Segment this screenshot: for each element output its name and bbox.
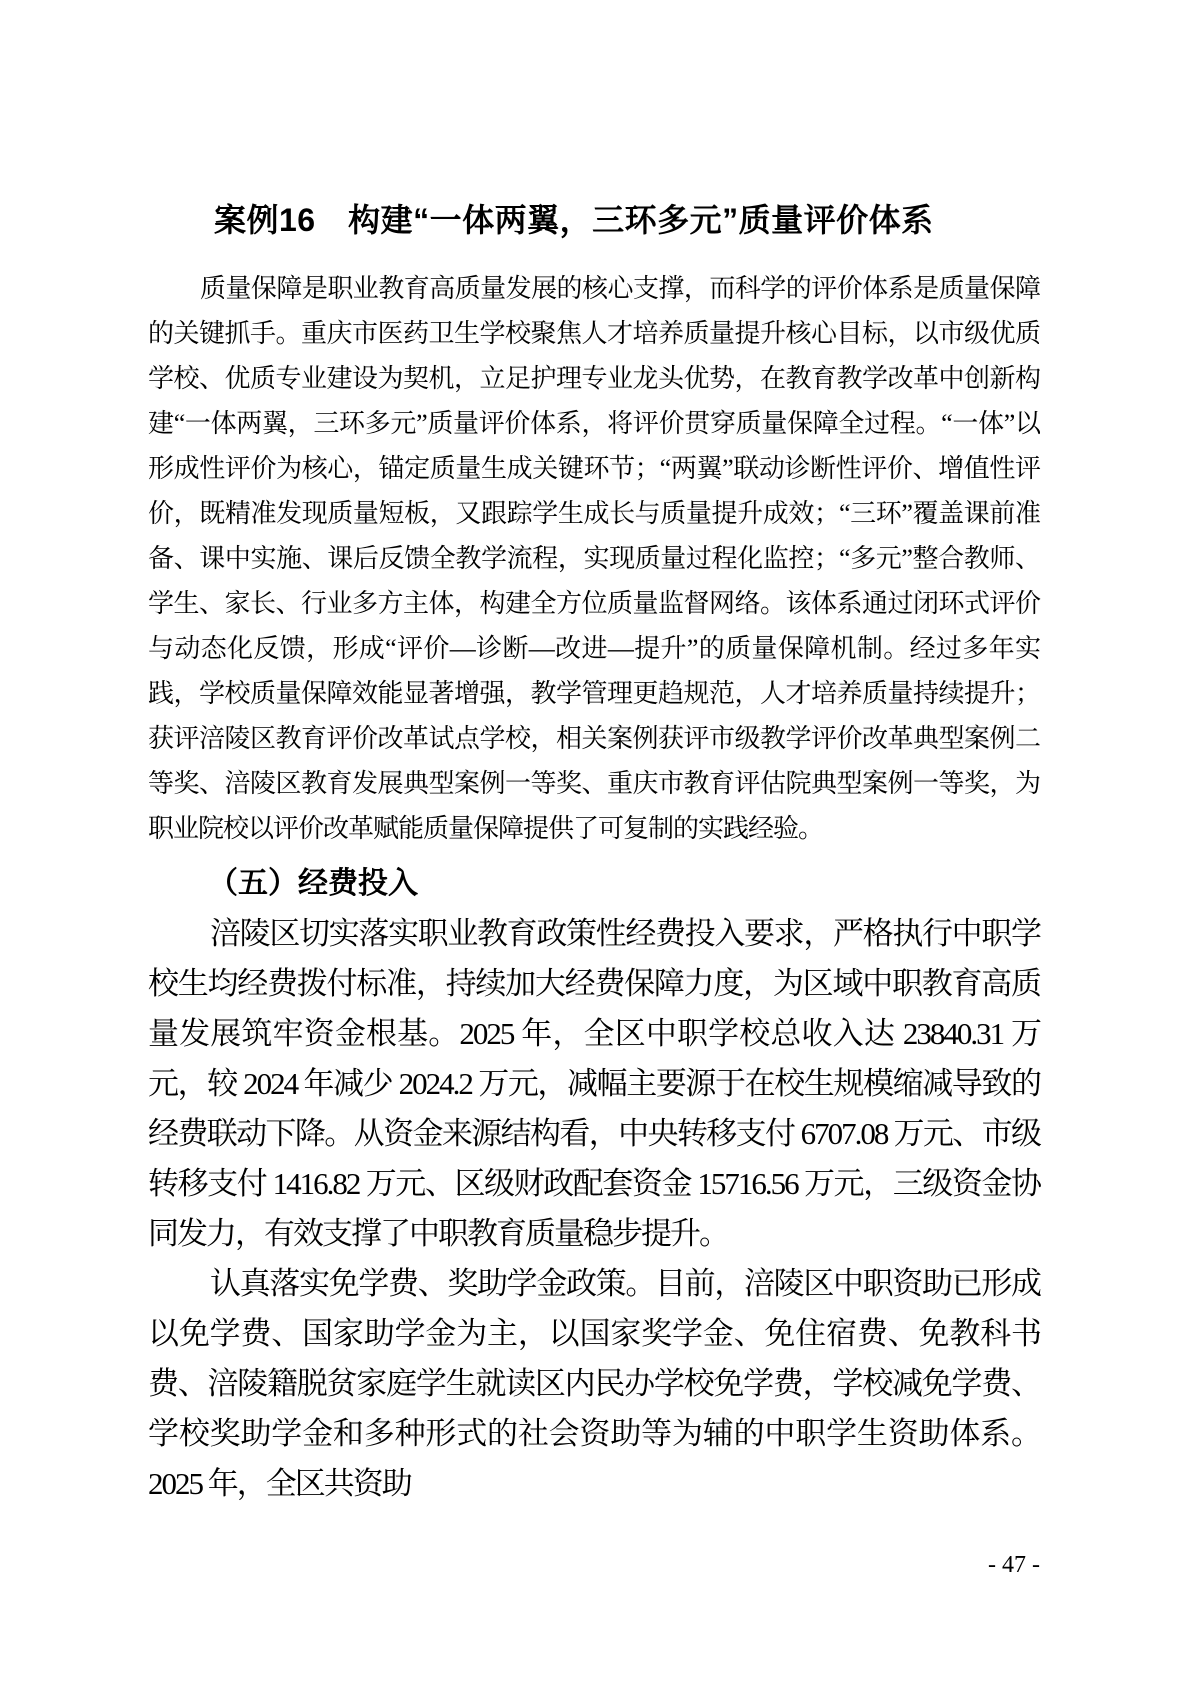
page-number: - 47 - (988, 1551, 1040, 1579)
case-body-paragraph: 质量保障是职业教育高质量发展的核心支撑，而科学的评价体系是质量保障的关键抓手。重… (148, 266, 1040, 851)
case-heading: 案例16 构建“一体两翼，三环多元”质量评价体系 (214, 196, 1040, 244)
page-content: 案例16 构建“一体两翼，三环多元”质量评价体系 质量保障是职业教育高质量发展的… (148, 196, 1040, 1509)
section-heading-funding: （五）经费投入 (148, 859, 1040, 909)
document-page: 案例16 构建“一体两翼，三环多元”质量评价体系 质量保障是职业教育高质量发展的… (0, 0, 1190, 1683)
funding-paragraph: 涪陵区切实落实职业教育政策性经费投入要求，严格执行中职学校生均经费拨付标准，持续… (148, 909, 1040, 1259)
aid-paragraph: 认真落实免学费、奖助学金政策。目前，涪陵区中职资助已形成以免学费、国家助学金为主… (148, 1259, 1040, 1509)
